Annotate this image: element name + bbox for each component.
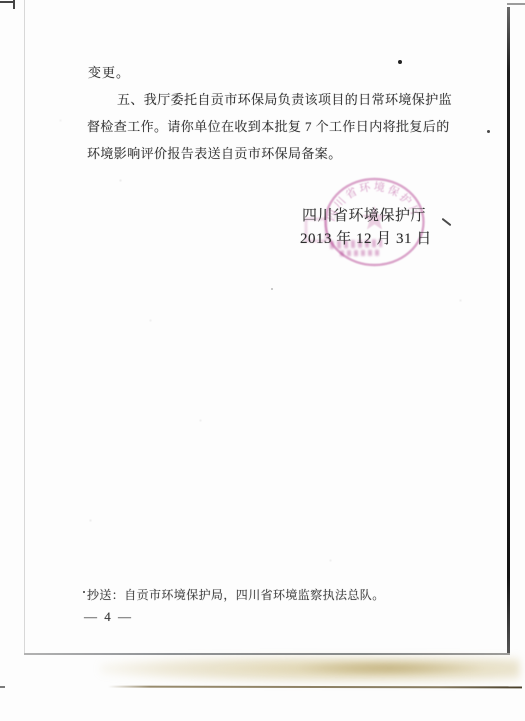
ink-dot <box>487 130 490 133</box>
signature-date: 2013 年 12 月 31 日 <box>300 227 432 248</box>
stamp-smudge <box>340 250 382 257</box>
ink-dot <box>83 591 85 593</box>
ink-dot <box>398 60 402 64</box>
stray-pen-mark <box>442 218 452 226</box>
scan-corner-artifact <box>13 0 15 9</box>
page-edge-bottom <box>24 653 510 655</box>
paper-shadow-line <box>108 686 522 688</box>
page-number: — 4 — <box>84 609 133 625</box>
paragraph-line: 五、我厅委托自贡市环保局负责该项目的日常环境保护监 <box>117 89 452 108</box>
page-edge-left <box>24 0 25 655</box>
paragraph-line: 环境影响评价报告表送自贡市环保局备案。 <box>87 143 342 162</box>
paper-shadow-band <box>300 660 480 676</box>
cc-line: 抄送：自贡市环境保护局，四川省环境监察执法总队。 <box>87 586 385 603</box>
page-edge-top <box>507 3 525 5</box>
paragraph-line: 督检查工作。请你单位在收到本批复 7 个工作日内将批复后的 <box>87 116 450 135</box>
agency-signature: 四川省环境保护厅 <box>302 204 426 225</box>
scanned-document-page: 四川省环境保护厅 变更。 五、我厅委托自贡市环保局负责该项目的日常环境保护监 督… <box>0 0 525 721</box>
intro-text: 变更。 <box>88 62 130 81</box>
scan-tick-mark <box>0 686 5 688</box>
scan-noise <box>0 0 1 1</box>
page-edge-right <box>507 7 510 655</box>
ink-dot <box>271 288 273 290</box>
